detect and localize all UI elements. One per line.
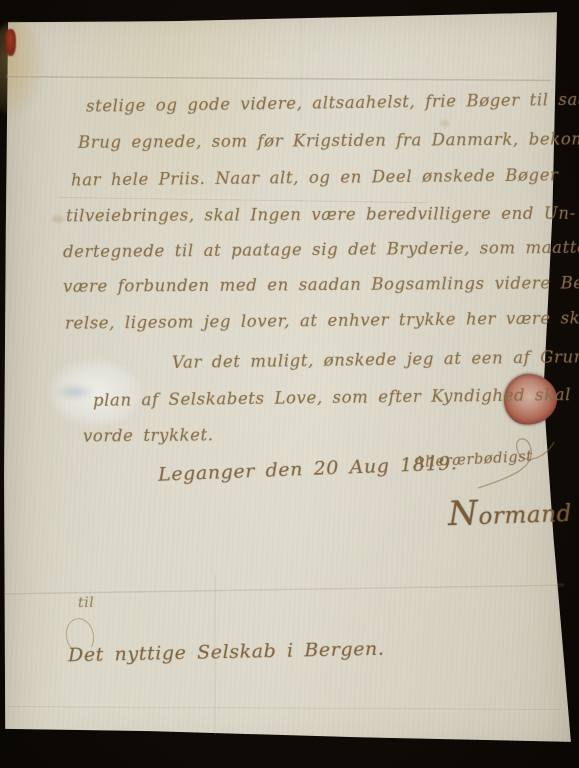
address-salutation: til	[78, 595, 95, 611]
red-edge-mark	[5, 29, 16, 56]
letter-line: Brug egnede, som før Krigstiden fra Danm…	[78, 129, 579, 152]
letter-photograph: stelige og gode videre, altsaahelst, fri…	[0, 0, 579, 768]
signature: Normand	[447, 490, 572, 534]
foxing-spot	[52, 215, 64, 223]
letter-line: tilveiebringes, skal Ingen være beredvil…	[66, 204, 576, 226]
pen-flourish	[468, 428, 558, 500]
letter-line: vorde trykket.	[83, 425, 214, 445]
letter-line: være forbunden med en saadan Bogsamlings…	[63, 273, 579, 296]
foxing-spot	[440, 120, 450, 127]
paper-abrasion-tint	[54, 383, 96, 401]
